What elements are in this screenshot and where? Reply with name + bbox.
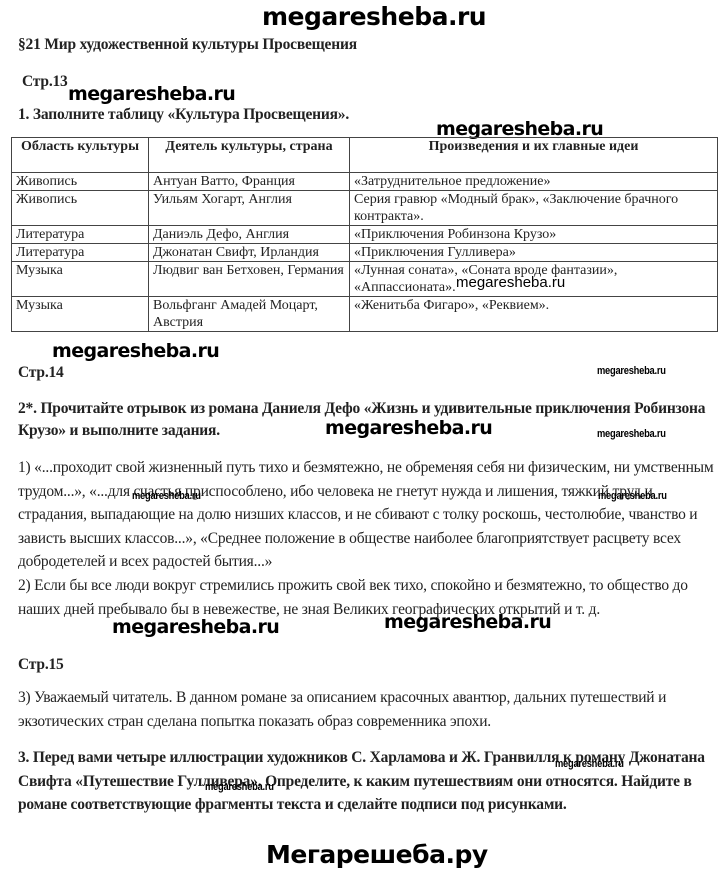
cell-area: Литература bbox=[12, 244, 149, 262]
watermark: megaresheba.ru bbox=[598, 490, 667, 502]
header-cell: Деятель культуры, страна bbox=[149, 138, 350, 173]
culture-table: Область культуры Деятель культуры, стран… bbox=[11, 137, 718, 332]
page-label-13: Стр.13 bbox=[22, 73, 68, 91]
cell-area: Живопись bbox=[12, 191, 149, 226]
cell-figure: Вольфганг Амадей Моцарт, Австрия bbox=[149, 297, 350, 332]
cell-works: «Затруднительное предложение» bbox=[350, 173, 718, 191]
table-row: Литература Джонатан Свифт, Ирландия «При… bbox=[12, 244, 718, 262]
watermark: megaresheba.ru bbox=[597, 428, 666, 440]
watermark: megaresheba.ru bbox=[205, 781, 274, 793]
task3-title: 3. Перед вами четыре иллюстрации художни… bbox=[18, 746, 720, 817]
task2-answer-3: 3) Уважаемый читатель. В данном романе з… bbox=[18, 686, 718, 733]
cell-works: «Женитьба Фигаро», «Реквием». bbox=[350, 297, 718, 332]
watermark: megaresheba.ru bbox=[384, 611, 551, 633]
table-row: Литература Даниэль Дефо, Англия «Приключ… bbox=[12, 226, 718, 244]
page-label-15: Стр.15 bbox=[18, 656, 64, 674]
cell-works: «Приключения Робинзона Крузо» bbox=[350, 226, 718, 244]
cell-area: Литература bbox=[12, 226, 149, 244]
header-cell: Область культуры bbox=[12, 138, 149, 173]
table-header-row: Область культуры Деятель культуры, стран… bbox=[12, 138, 718, 173]
watermark: megaresheba.ru bbox=[597, 365, 666, 377]
cell-area: Музыка bbox=[12, 297, 149, 332]
watermark: megaresheba.ru bbox=[325, 417, 492, 439]
cell-figure: Джонатан Свифт, Ирландия bbox=[149, 244, 350, 262]
cell-area: Живопись bbox=[12, 173, 149, 191]
page-label-14: Стр.14 bbox=[18, 364, 64, 382]
watermark: megaresheba.ru bbox=[112, 616, 279, 638]
watermark-top: megaresheba.ru bbox=[262, 2, 486, 31]
cell-works: Серия гравюр «Модный брак», «Заключение … bbox=[350, 191, 718, 226]
cell-figure: Уильям Хогарт, Англия bbox=[149, 191, 350, 226]
watermark: megaresheba.ru bbox=[456, 274, 565, 291]
task2-answer-1: 1) «...проходит свой жизненный путь тихо… bbox=[18, 456, 718, 574]
table-row: Музыка Людвиг ван Бетховен, Германия «Лу… bbox=[12, 262, 718, 297]
task2-answer-2: 2) Если бы все люди вокруг стремились пр… bbox=[18, 574, 718, 621]
cell-works: «Приключения Гулливера» bbox=[350, 244, 718, 262]
table-row: Живопись Антуан Ватто, Франция «Затрудни… bbox=[12, 173, 718, 191]
watermark: megaresheba.ru bbox=[555, 758, 624, 770]
cell-figure: Антуан Ватто, Франция bbox=[149, 173, 350, 191]
watermark-footer: Мегарешеба.ру bbox=[266, 840, 488, 869]
cell-figure: Даниэль Дефо, Англия bbox=[149, 226, 350, 244]
cell-figure: Людвиг ван Бетховен, Германия bbox=[149, 262, 350, 297]
table-row: Живопись Уильям Хогарт, Англия Серия гра… bbox=[12, 191, 718, 226]
cell-area: Музыка bbox=[12, 262, 149, 297]
watermark: megaresheba.ru bbox=[68, 83, 235, 105]
table-row: Музыка Вольфганг Амадей Моцарт, Австрия … bbox=[12, 297, 718, 332]
section-title: §21 Мир художественной культуры Просвеще… bbox=[18, 36, 357, 54]
task1-title: 1. Заполните таблицу «Культура Просвещен… bbox=[18, 106, 349, 124]
watermark: megaresheba.ru bbox=[132, 490, 201, 502]
watermark: megaresheba.ru bbox=[52, 340, 219, 362]
header-cell: Произведения и их главные идеи bbox=[350, 138, 718, 173]
